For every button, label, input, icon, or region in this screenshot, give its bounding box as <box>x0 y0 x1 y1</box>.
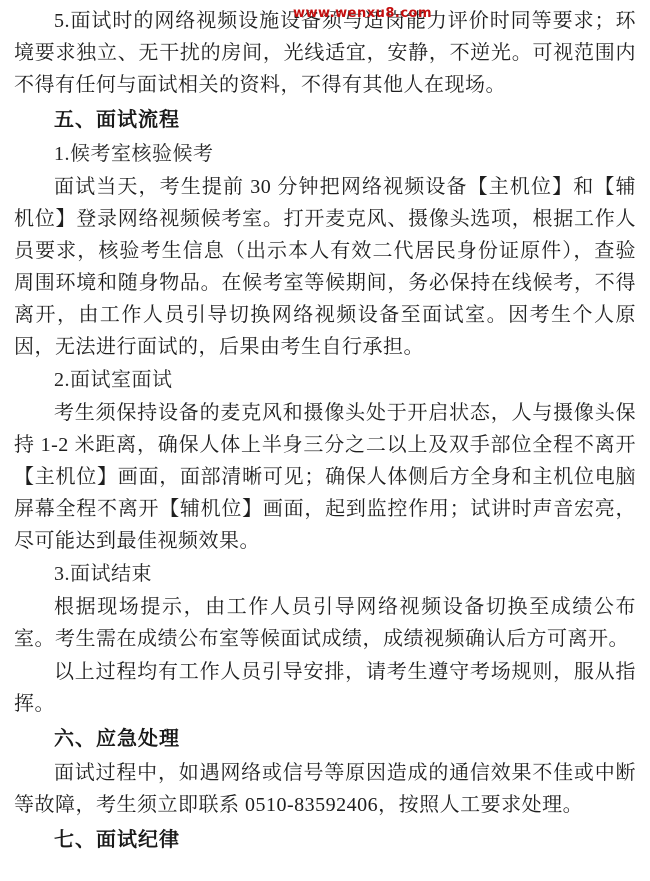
document-page: www.wenxu8.com 5.面试时的网络视频设施设备须与适岗能力评价时同等… <box>0 0 650 881</box>
heading-section-6-emergency-handling: 六、应急处理 <box>14 723 636 755</box>
para-waiting-room-procedure: 面试当天，考生提前 30 分钟把网络视频设备【主机位】和【辅机位】登录网络视频候… <box>14 171 636 363</box>
site-watermark: www.wenxu8.com <box>293 6 432 21</box>
heading-section-7-interview-discipline: 七、面试纪律 <box>14 824 636 856</box>
subitem-3-interview-end: 3.面试结束 <box>14 558 636 590</box>
para-score-announcement-room: 根据现场提示，由工作人员引导网络视频设备切换至成绩公布室。考生需在成绩公布室等候… <box>14 591 636 655</box>
heading-section-5-interview-process: 五、面试流程 <box>14 104 636 136</box>
para-interview-room-requirements: 考生须保持设备的麦克风和摄像头处于开启状态，人与摄像头保持 1-2 米距离，确保… <box>14 397 636 557</box>
subitem-2-interview-room: 2.面试室面试 <box>14 364 636 396</box>
para-follow-staff-guidance: 以上过程均有工作人员引导安排，请考生遵守考场规则，服从指挥。 <box>14 656 636 720</box>
subitem-1-waiting-room-check: 1.候考室核验候考 <box>14 138 636 170</box>
para-emergency-contact: 面试过程中，如遇网络或信号等原因造成的通信效果不佳或中断等故障，考生须立即联系 … <box>14 757 636 821</box>
